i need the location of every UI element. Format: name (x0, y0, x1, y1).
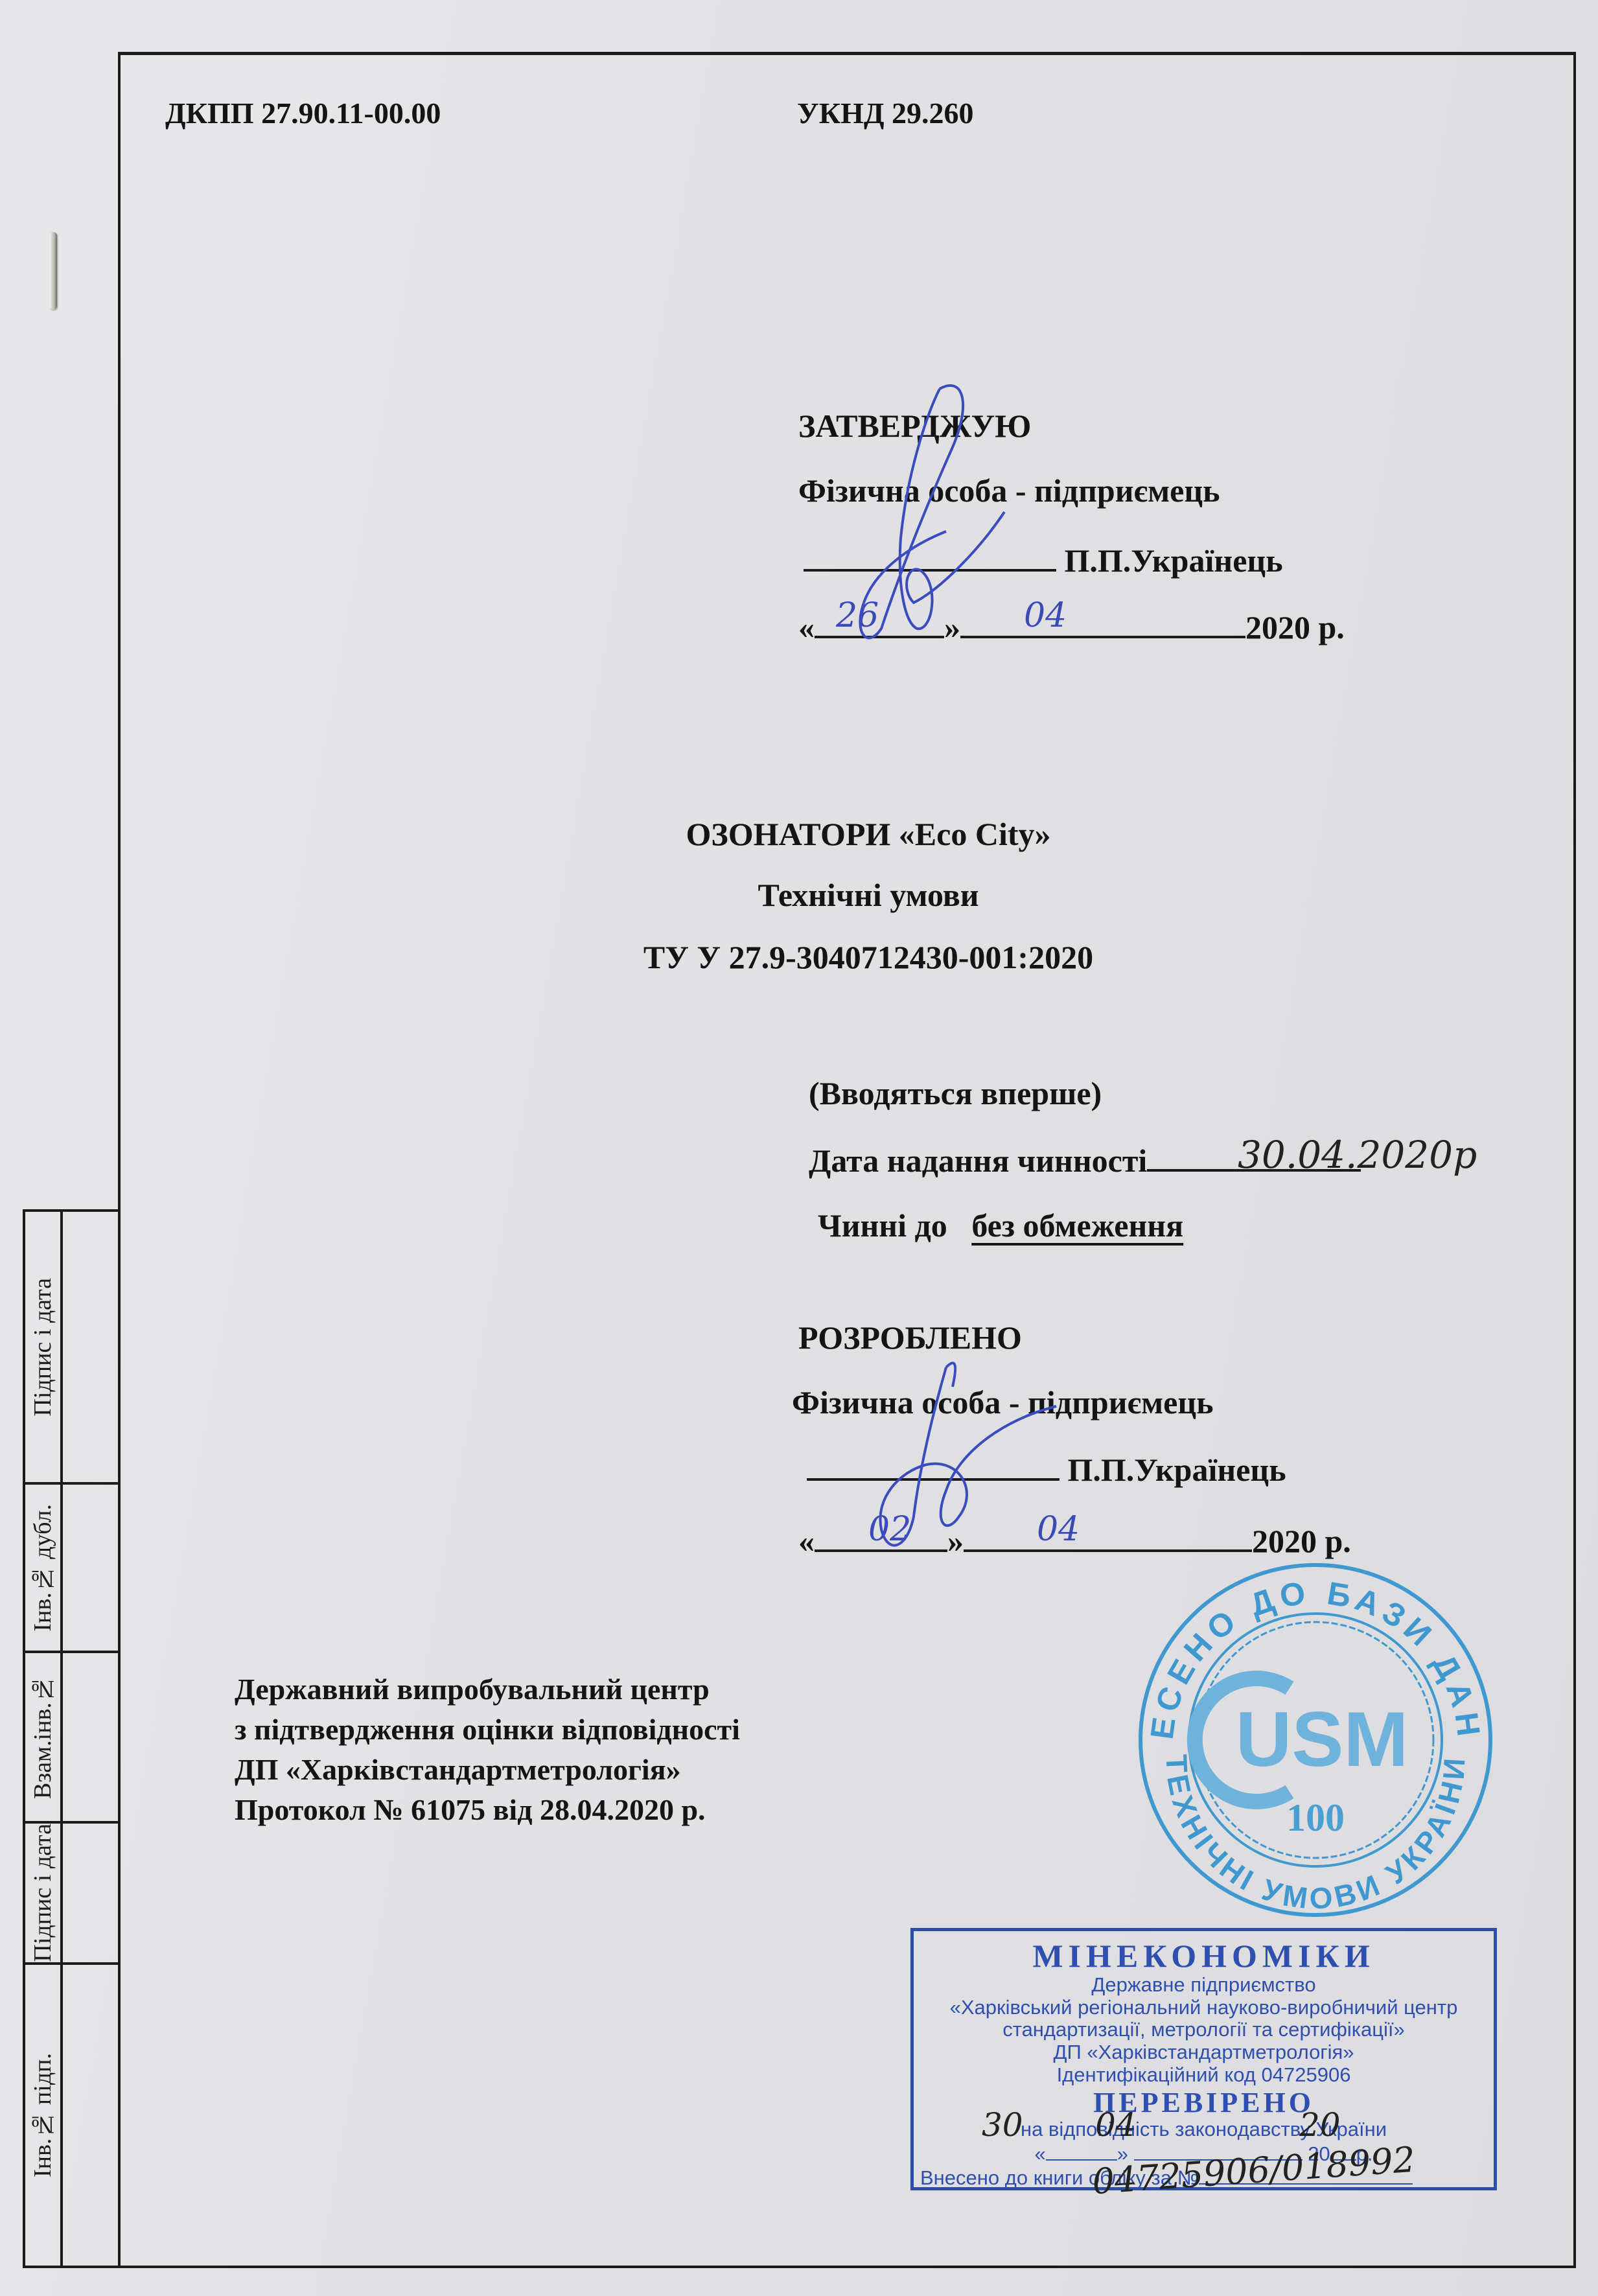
stamp-line: «Харківський регіональний науково-виробн… (914, 1997, 1494, 2019)
product-name: ОЗОНАТОРИ «Eco City» (0, 815, 1598, 853)
sidebar-label: Взам.інв.№ (29, 1675, 57, 1799)
valid-until-value: без обмеження (971, 1207, 1183, 1244)
approval-month-handwritten: 04 (1024, 596, 1067, 635)
sidebar-row-replace-inv: Взам.інв.№ (23, 1651, 118, 1824)
valid-until-label: Чинні до (818, 1207, 947, 1244)
sidebar-label: Підпис і дата (29, 1278, 57, 1417)
approval-signature-icon (842, 376, 1011, 648)
stamp-logo: USM (1236, 1696, 1409, 1783)
round-stamp-icon: • ВНЕСЕНО ДО БАЗИ ДАНИХ • «ТЕХНІЧНІ УМОВ… (1128, 1552, 1503, 1928)
sidebar-cell (63, 1212, 118, 1482)
test-center-protocol: Протокол № 61075 від 28.04.2020 р. (235, 1792, 706, 1827)
stamp-line: стандартизації, метрології та сертифікац… (914, 2019, 1494, 2041)
stamp-line: Державне підприємство (914, 1974, 1494, 1997)
test-center-line: ДП «Харківстандартметрологія» (235, 1752, 681, 1787)
specification-code: ТУ У 27.9-3040712430-001:2020 (0, 938, 1598, 976)
test-center-line: Державний випробувальний центр (235, 1672, 710, 1706)
stamp-year-handwritten: 20 (1299, 2106, 1341, 2144)
stamp-ministry: МІНЕКОНОМІКИ (914, 1938, 1494, 1974)
staple-icon (49, 232, 57, 310)
database-registration-stamp: • ВНЕСЕНО ДО БАЗИ ДАНИХ • «ТЕХНІЧНІ УМОВ… (1128, 1552, 1503, 1928)
sidebar-row-duplicate-inv: Інв.№ дубл. (23, 1482, 118, 1653)
effective-date-handwritten: 30.04.2020р (1238, 1133, 1477, 1177)
approval-name: П.П.Українець (1065, 542, 1283, 579)
introduction-note: (Вводяться вперше) (809, 1074, 1102, 1112)
sidebar-cell (63, 1965, 118, 2266)
stamp-line: ДП «Харківстандартметрологія» (914, 2041, 1494, 2064)
sidebar-label: Інв.№ дубл. (29, 1504, 57, 1632)
sidebar-label: Інв.№ підп. (29, 2053, 57, 2177)
approval-year: 2020 р. (1245, 609, 1345, 645)
dkpp-code: ДКПП 27.90.11-00.00 (165, 96, 441, 130)
document-type: Технічні умови (0, 876, 1598, 914)
valid-until-line: Чинні до без обмеження (818, 1207, 1183, 1244)
sidebar-row-signature-date-1: Підпис і дата (23, 1209, 118, 1485)
stamp-day-handwritten: 30 (982, 2106, 1023, 2144)
test-center-line: з підтвердження оцінки відповідності (235, 1712, 740, 1746)
sidebar-cell (63, 1485, 118, 1651)
binding-margin-table: Підпис і дата Інв.№ дубл. Взам.інв.№ Під… (23, 1209, 121, 2268)
sidebar-row-signature-date-2: Підпис і дата (23, 1821, 118, 1965)
stamp-line: Ідентифікаційний код 04725906 (914, 2064, 1494, 2087)
sidebar-cell (63, 1824, 118, 1962)
developed-signature-icon (855, 1322, 1102, 1562)
sidebar-row-original-inv: Інв.№ підп. (23, 1962, 118, 2268)
sidebar-label: Підпис і дата (29, 1824, 57, 1962)
uknd-code: УКНД 29.260 (797, 96, 974, 130)
effective-date-label: Дата надання чинності (809, 1142, 1147, 1179)
sidebar-cell (63, 1653, 118, 1821)
stamp-month-handwritten: 04 (1095, 2106, 1137, 2144)
stamp-number: 100 (1286, 1796, 1345, 1839)
